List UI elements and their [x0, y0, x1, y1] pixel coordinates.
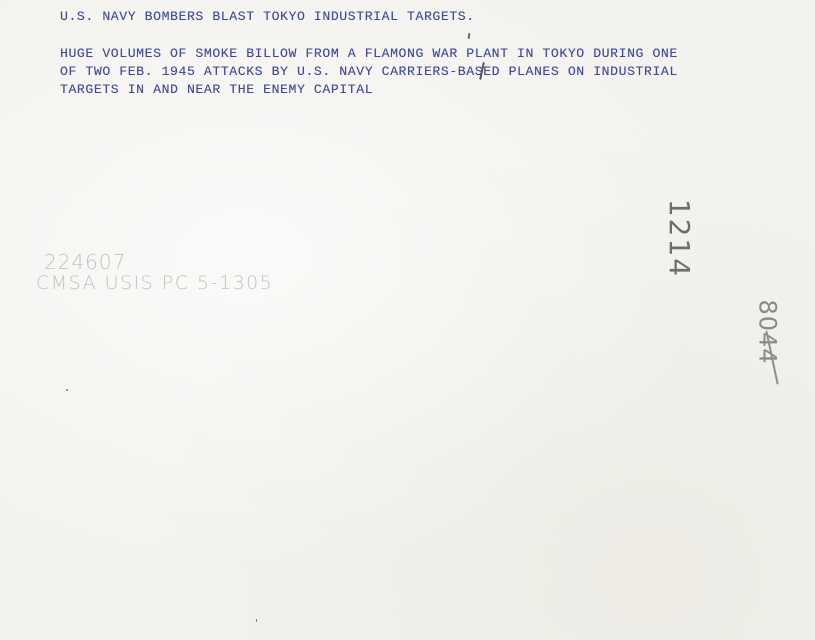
handwritten-archive-reference: CMSA USIS PC 5-1305	[36, 272, 273, 294]
paper-speck	[256, 619, 257, 622]
caption-line-2: OF TWO FEB. 1945 ATTACKS BY U.S. NAVY CA…	[60, 64, 678, 79]
caption-headline: U.S. NAVY BOMBERS BLAST TOKYO INDUSTRIAL…	[60, 9, 475, 24]
handwritten-rotated-number: 1214	[663, 199, 696, 278]
handwritten-archive-id: 224607	[44, 250, 126, 274]
caption-line-3: TARGETS IN AND NEAR THE ENEMY CAPITAL	[60, 82, 373, 97]
caption-line-1: HUGE VOLUMES OF SMOKE BILLOW FROM A FLAM…	[60, 46, 678, 61]
paper-speck	[66, 389, 68, 391]
